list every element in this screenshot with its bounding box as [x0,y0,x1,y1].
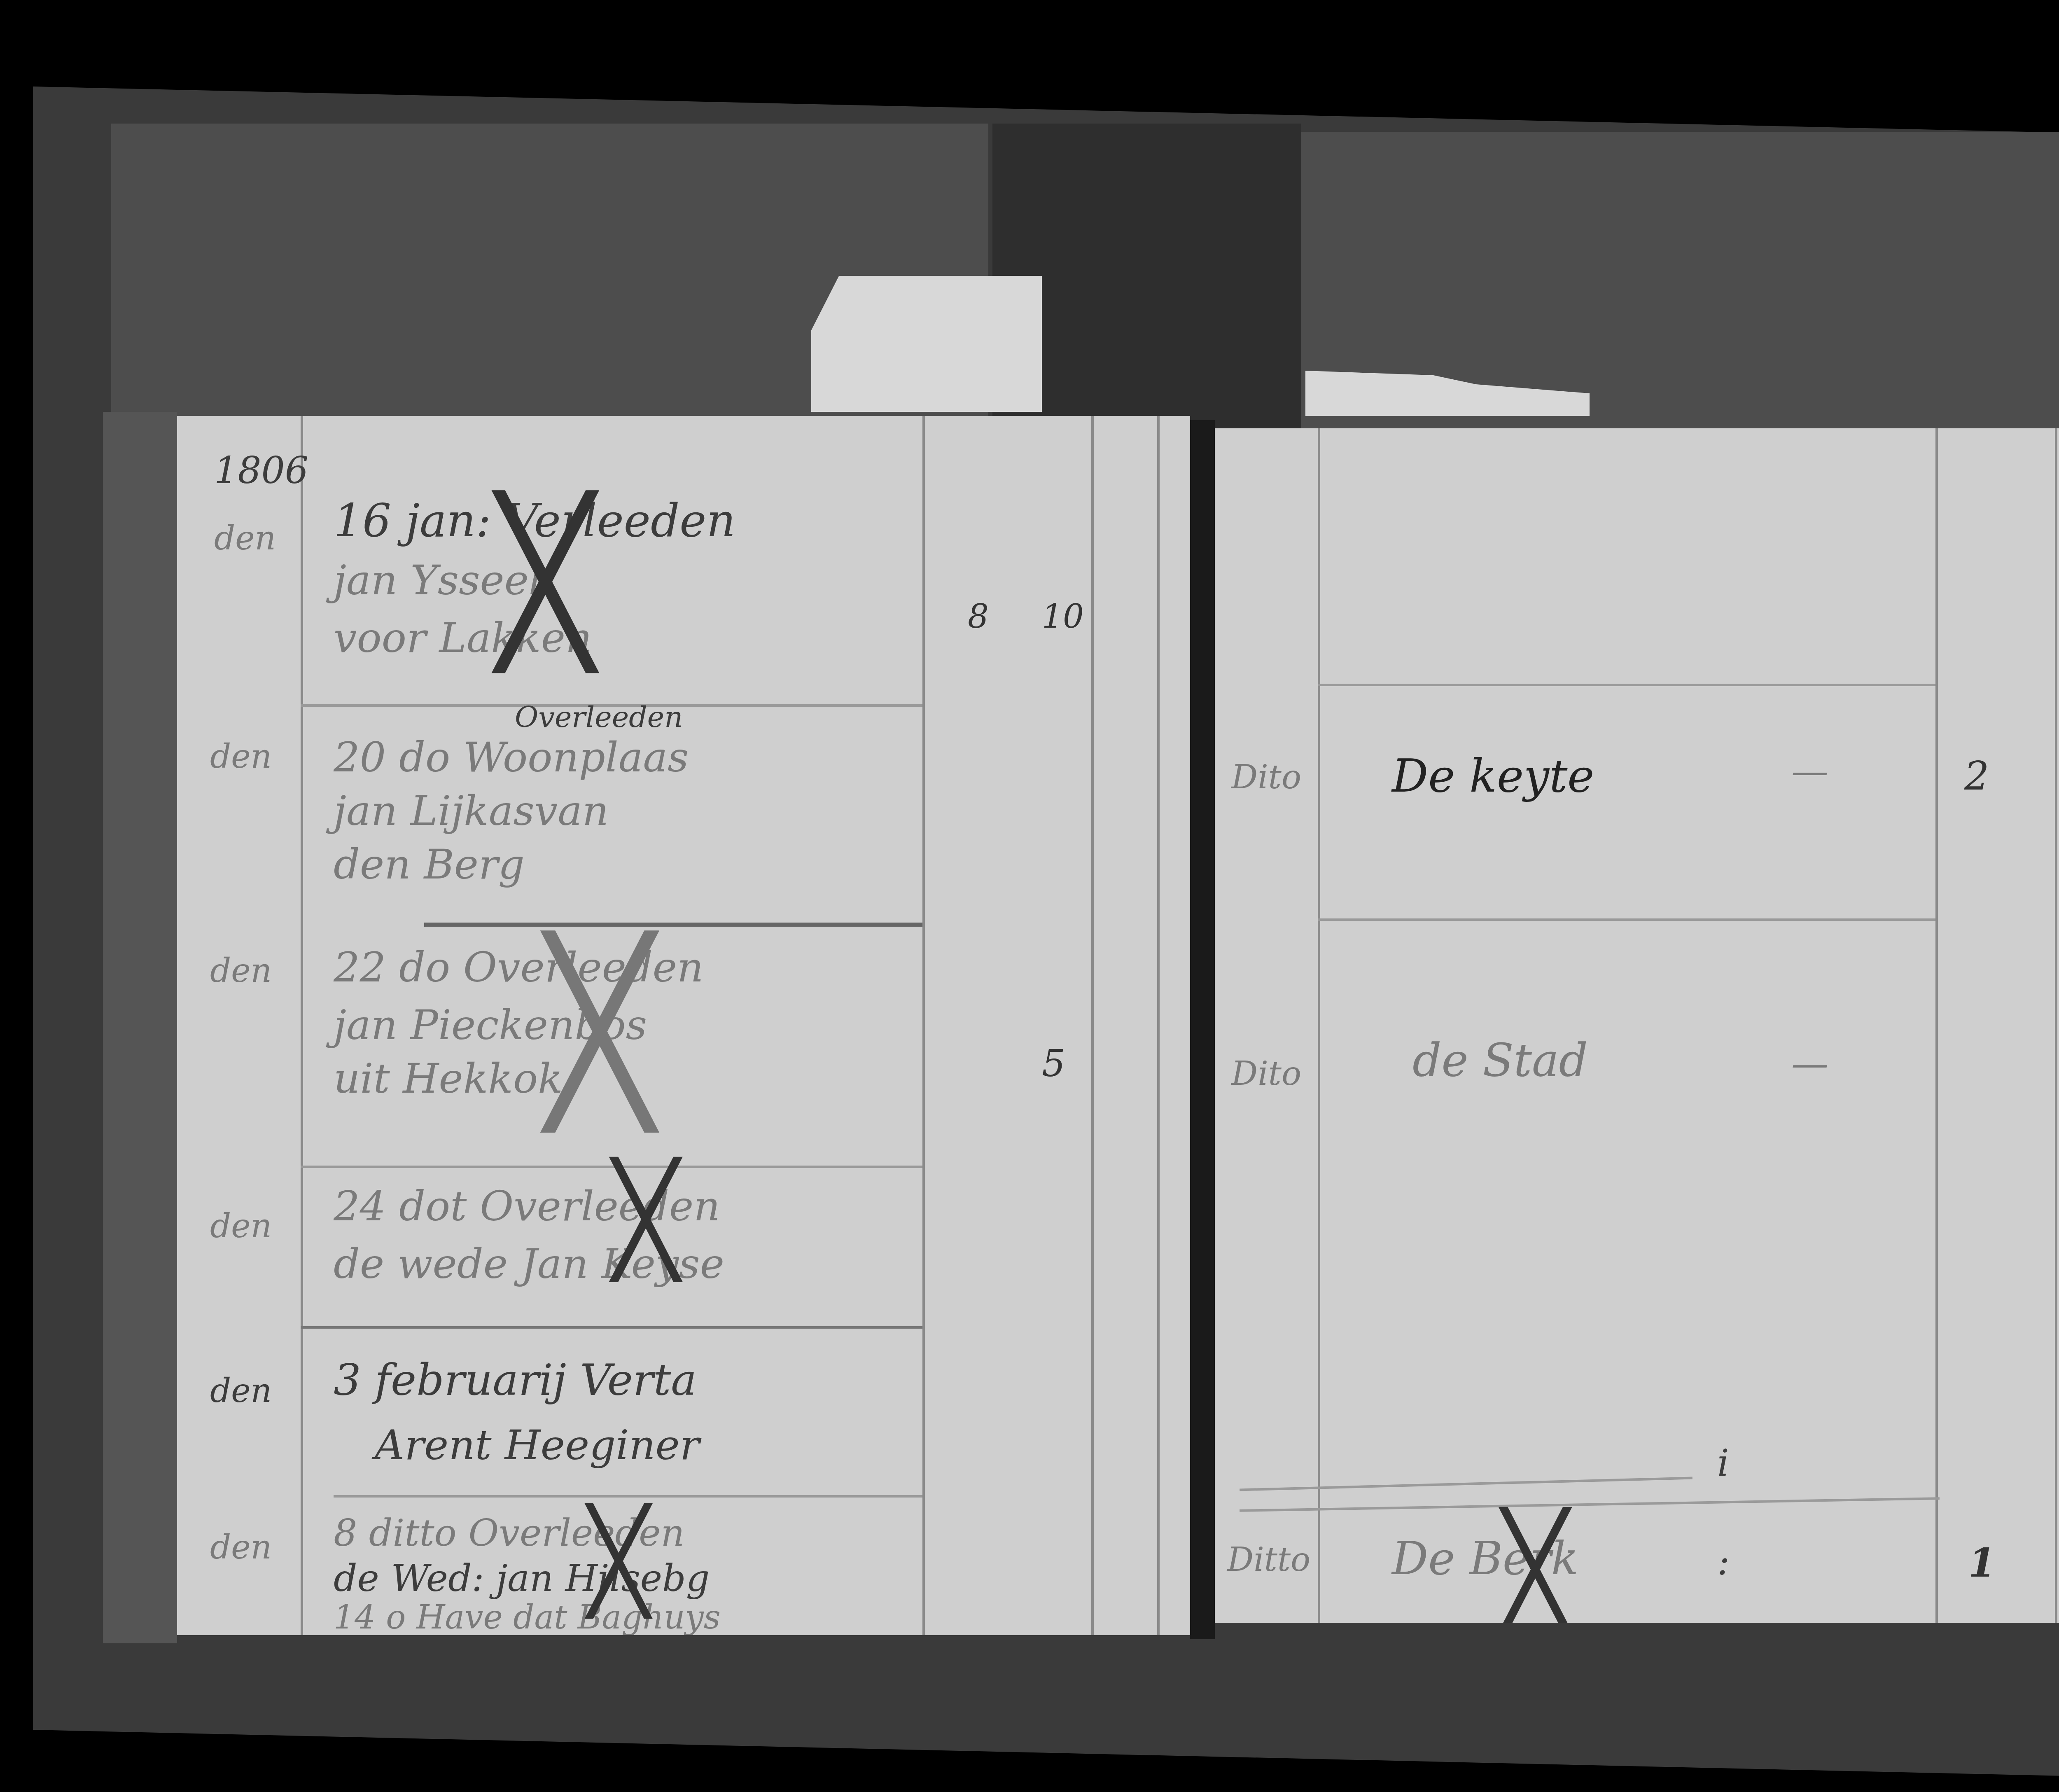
entry-prefix: Ditto [1227,1540,1310,1579]
column-rule [1091,416,1094,1635]
tally-mark: i [1717,1442,1729,1485]
entry-divider [334,1495,922,1498]
margin-rule [1318,428,1320,1623]
amount-col2: 10 [1042,597,1084,635]
strike-mark: ╳ [548,931,652,1132]
entry-divider [1318,684,1935,686]
strike-mark: ╳ [614,1157,678,1282]
book-spine [1190,420,1215,1639]
margin-rule [301,416,303,1635]
entry-line: uit Hekkok [334,1054,563,1103]
entry-dash: — [1791,1042,1828,1085]
amount-col1: 2 [1964,754,1989,799]
ledger-page-right: Dito De keyte — 2 2 Dito de Stad — 13 i … [1215,428,2059,1623]
entry-prefix: Dito [1231,758,1301,796]
paper-slip-left [811,276,1042,412]
entry-prefix: den [210,737,272,776]
entry-dash: : [1717,1540,1730,1584]
year-heading: 1806 [214,449,308,492]
ledger-page-left: 1806 den 16 jan: Verleeden jan Ysseel vo… [177,416,1190,1635]
amount-col2: 5 [1042,1042,1065,1085]
amount-col1: 8 [968,597,989,635]
entry-line: den Berg [334,840,525,888]
entry-text: de Stad [1412,1034,1588,1086]
entry-line: 14 o Have dat Baghuys [334,1598,721,1635]
entry-prefix: den [214,519,276,557]
strike-mark: ╳ [1503,1507,1568,1623]
column-rule [922,416,925,1635]
strike-mark: ╳ [498,490,593,673]
entry-divider [1240,1497,1940,1512]
column-rule [2055,428,2057,1623]
entry-line: 20 do Woonplaas [334,733,689,781]
entry-dash: — [1791,750,1828,793]
entry-line: jan Lijkasvan [334,787,609,835]
column-rule [1935,428,1938,1623]
entry-prefix: Dito [1231,1054,1301,1093]
entry-divider [301,1166,922,1168]
entry-divider [301,1326,922,1329]
entry-prefix: den [210,951,272,990]
entry-prefix: den [210,1371,272,1410]
entry-divider [1318,918,1935,921]
entry-text: De keyte [1392,750,1594,802]
column-rule [1157,416,1160,1635]
entry-divider [1240,1477,1692,1491]
entry-line: 3 februarij Verta [334,1355,697,1405]
entry-divider [424,923,922,927]
entry-prefix: den [210,1528,272,1566]
entry-line: Arent Heeginer [375,1421,700,1469]
entry-prefix: den [210,1207,272,1245]
entry-line: Overleeden [515,700,683,734]
entry-line: de Wed: jan Hilsebg [334,1557,710,1600]
page-edges-left [103,412,177,1643]
strike-mark: ╳ [589,1503,649,1619]
amount-col1: 1 [1968,1540,1996,1586]
